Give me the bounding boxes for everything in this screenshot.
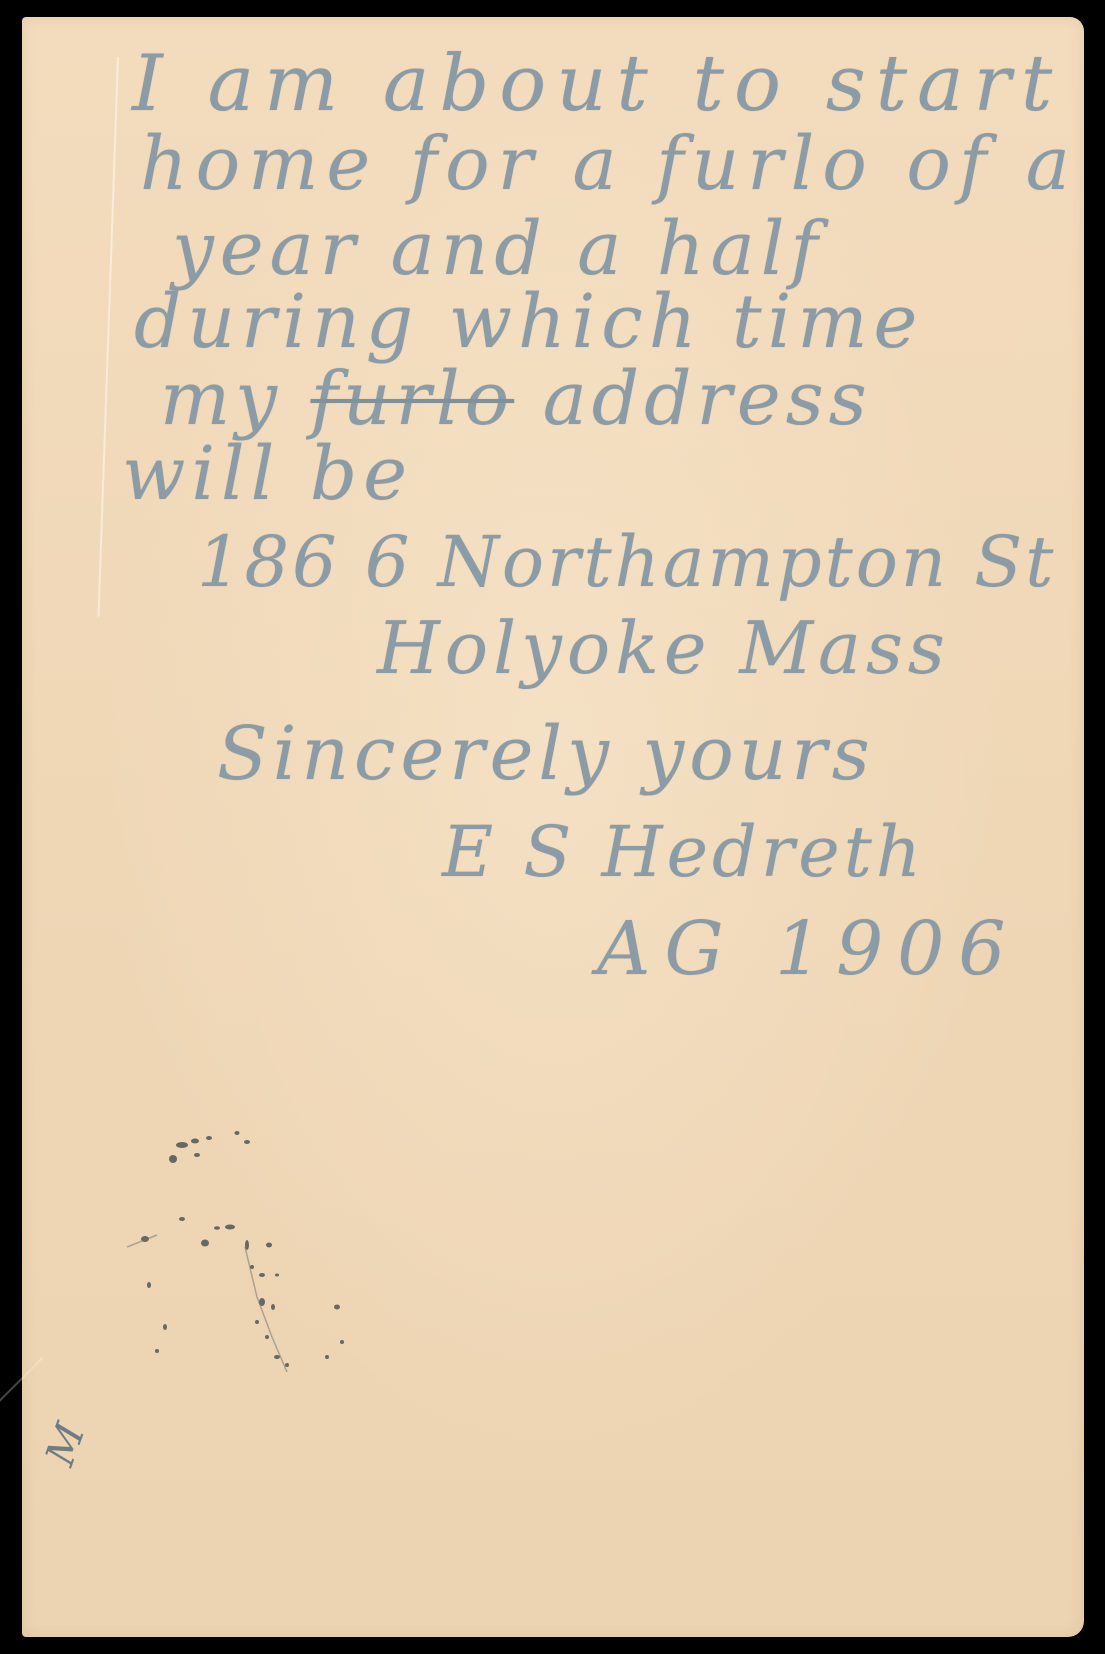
postmark-fragment <box>97 1097 357 1377</box>
message-line-2: home for a furlo of a <box>140 127 1078 201</box>
message-line-3: year and a half <box>172 212 824 286</box>
message-line-1: I am about to start <box>132 45 1062 123</box>
margin-notation: M <box>40 1417 92 1471</box>
address-street: 186 6 Northampton St <box>197 527 1056 597</box>
valediction: Sincerely yours <box>217 717 875 791</box>
message-line-5-end: address <box>543 356 872 442</box>
message-line-4: during which time <box>134 285 923 359</box>
struck-out-word: furlo <box>311 356 515 442</box>
message-line-5-start: my <box>160 356 282 442</box>
message-line-6: will be <box>122 437 413 511</box>
postcard: I am about to start home for a furlo of … <box>22 17 1084 1637</box>
signature: E S Hedreth <box>442 817 925 887</box>
postmark-icon <box>97 1097 357 1377</box>
paper-crease <box>0 1357 43 1654</box>
paper-crease <box>97 57 119 617</box>
date: AG 1906 <box>597 912 1019 986</box>
message-line-5: my furlo address <box>160 362 872 436</box>
address-city: Holyoke Mass <box>377 612 950 684</box>
